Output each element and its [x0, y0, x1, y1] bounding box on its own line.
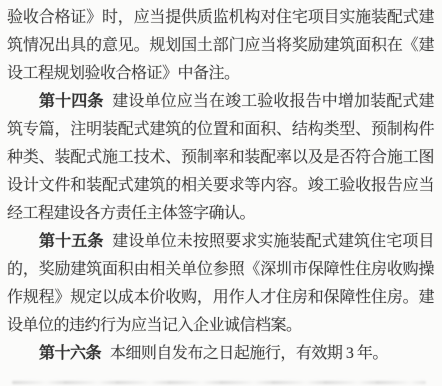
- paragraph-text: 验收合格证》时，应当提供质监机构对住宅项目实施装配式建筑情况出具的意见。规划国土…: [7, 9, 434, 82]
- article-14-text: 建设单位应当在竣工验收报告中增加装配式建筑专篇，注明装配式建筑的位置和面积、结构…: [7, 93, 434, 222]
- article-14-label: 第十四条: [39, 93, 103, 110]
- paragraph-article-16: 第十六条本细则自发布之日起施行，有效期 3 年。: [7, 340, 434, 368]
- document-page: 验收合格证》时，应当提供质监机构对住宅项目实施装配式建筑情况出具的意见。规划国土…: [0, 0, 442, 386]
- article-15-label: 第十五条: [39, 233, 103, 250]
- scan-artifact: [12, 381, 426, 384]
- paragraph-article-15: 第十五条建设单位未按照要求实施装配式建筑住宅项目的，奖励建筑面积由相关单位参照《…: [7, 228, 434, 340]
- paragraph-continuation: 验收合格证》时，应当提供质监机构对住宅项目实施装配式建筑情况出具的意见。规划国土…: [7, 4, 434, 88]
- paragraph-article-14: 第十四条建设单位应当在竣工验收报告中增加装配式建筑专篇，注明装配式建筑的位置和面…: [7, 88, 434, 228]
- article-16-text: 本细则自发布之日起施行，有效期 3 年。: [110, 345, 388, 362]
- article-16-label: 第十六条: [39, 345, 101, 362]
